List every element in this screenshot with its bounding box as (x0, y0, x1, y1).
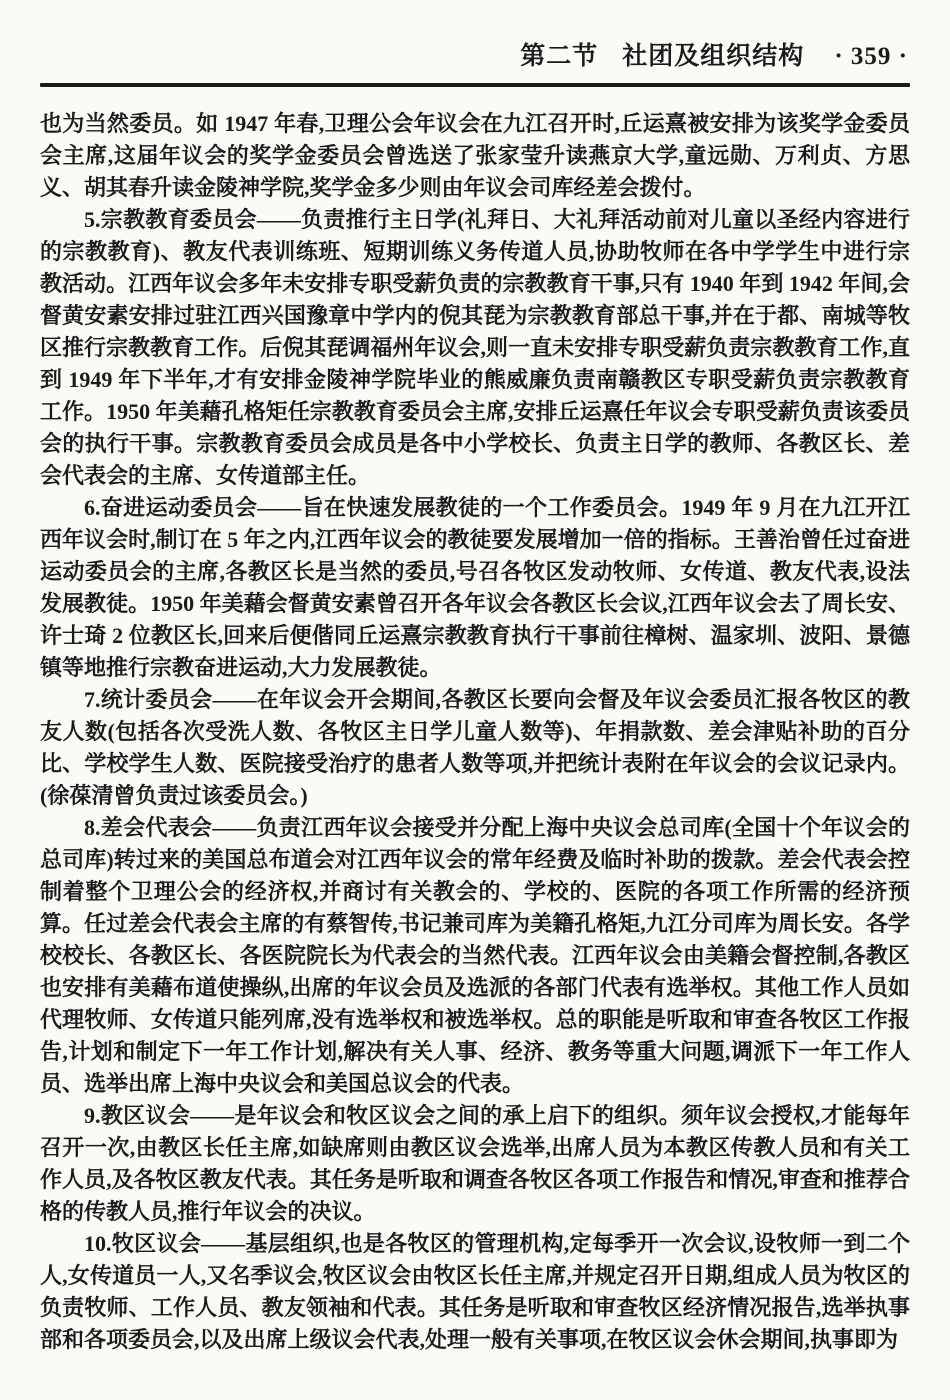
book-page: 第二节 社团及组织结构 · 359 · 也为当然委员。如 1947 年春,卫理公… (0, 0, 950, 1400)
body-text: 也为当然委员。如 1947 年春,卫理公会年议会在九江召开时,丘运熹被安排为该奖… (40, 108, 910, 1356)
paragraph-item-6-advance-movement-committee: 6.奋进运动委员会——旨在快速发展教徒的一个工作委员会。1949 年 9 月在九… (40, 492, 910, 684)
header-divider (40, 83, 910, 87)
paragraph-item-9-district-council: 9.教区议会——是年议会和牧区议会之间的承上启下的组织。须年议会授权,才能每年召… (40, 1100, 910, 1228)
paragraph-item-7-statistics-committee: 7.统计委员会——在年议会开会期间,各教区长要向会督及年议会委员汇报各牧区的教友… (40, 684, 910, 812)
page-number: · 359 · (834, 42, 908, 72)
section-title: 社团及组织结构 (622, 42, 804, 72)
paragraph-item-5-religious-education-committee: 5.宗教教育委员会——负责推行主日学(礼拜日、大礼拜活动前对儿童以圣经内容进行的… (40, 204, 910, 492)
section-label: 第二节 (520, 42, 598, 72)
paragraph-item-8-mission-board-delegation: 8.差会代表会——负责江西年议会接受并分配上海中央议会总司库(全国十个年议会的总… (40, 812, 910, 1100)
paragraph-continuation: 也为当然委员。如 1947 年春,卫理公会年议会在九江召开时,丘运熹被安排为该奖… (40, 108, 910, 204)
page-header: 第二节 社团及组织结构 · 359 · (40, 42, 910, 72)
paragraph-item-10-parish-council: 10.牧区议会——基层组织,也是各牧区的管理机构,定每季开一次会议,设牧师一到二… (40, 1228, 910, 1356)
